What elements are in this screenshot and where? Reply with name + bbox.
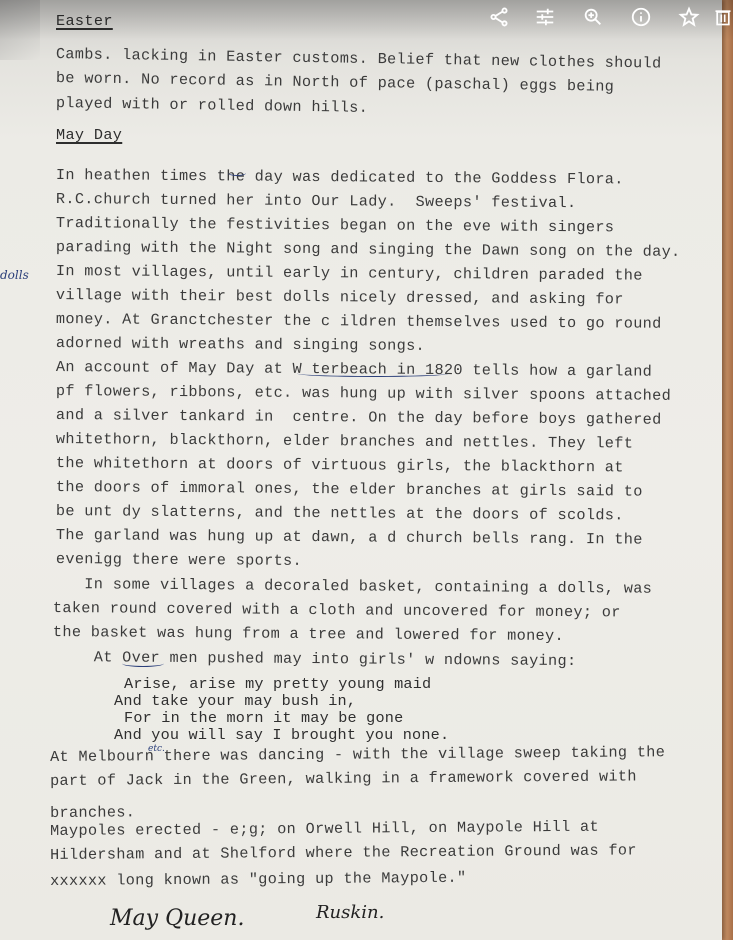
easter-line-2: be worn. No record as in North of pace (… [56,71,615,95]
delete-icon [713,6,733,28]
underline-waterbeach [297,370,449,377]
underline-over [122,660,164,667]
heading-may-day: May Day [56,128,122,143]
margin-note: dolls [0,268,29,282]
may-day-line: At Melbourn there was dancing - with the… [50,745,665,765]
may-day-line: and a silver tankard in centre. On the d… [56,408,662,428]
may-day-line: evenigg there were sports. [56,552,302,569]
heading-easter: Easter [56,14,113,29]
may-day-line: the basket was hung from a tree and lowe… [53,625,564,644]
may-day-line: Hildersham and at Shelford where the Rec… [50,843,637,863]
viewer-toolbar [475,0,733,34]
info-button[interactable] [617,0,665,34]
adjust-icon [534,6,556,28]
may-day-line: branches. [50,805,135,821]
verse-line: For in the morn it may be gone [124,711,403,726]
may-day-line: Traditionally the festivities began on t… [56,216,614,236]
melbourn-note: etc. [148,744,165,754]
easter-line-1: Cambs. lacking in Easter customs. Belief… [56,47,662,72]
may-day-line: In most villages, until early in century… [56,264,643,284]
document-page: Easter Cambs. lacking in Easter customs.… [0,0,722,940]
may-day-line: In heathen times the day was dedicated t… [56,168,624,188]
may-day-line: Maypoles erected - e;g; on Orwell Hill, … [50,820,599,840]
may-day-line: R.C.church turned her into Our Lady. Swe… [56,192,577,211]
may-day-line: parading with the Night song and singing… [56,240,681,260]
easter-line-3: played with or rolled down hills. [56,96,369,116]
may-day-line: The garland was hung up at dawn, a d chu… [56,528,643,548]
verse-line: And you will say I brought you none. [114,728,449,743]
may-day-line: the whitethorn at doors of virtuous girl… [56,456,624,476]
may-day-line: taken round covered with a cloth and unc… [53,601,621,621]
handwritten-ruskin: Ruskin. [316,902,384,923]
info-icon [630,6,652,28]
may-day-line: pf flowers, ribbons, etc. was hung up wi… [56,384,671,404]
zoom-button[interactable] [569,0,617,34]
verse-line: And take your may bush in, [114,694,356,709]
share-icon [488,6,510,28]
may-day-line: whitethorn, blackthorn, elder branches a… [56,432,633,452]
verse-line: Arise, arise my pretty young maid [124,677,431,692]
star-icon [678,6,700,28]
handwritten-may-queen: May Queen. [110,906,244,931]
may-day-line: money. At Granctchester the c ildren the… [56,312,662,332]
favourite-button[interactable] [665,0,713,34]
may-day-line: be unt dy slatterns, and the nettles at … [56,504,624,524]
underline-flora [228,170,246,176]
edit-button[interactable] [521,0,569,34]
zoom-in-icon [582,6,604,28]
share-button[interactable] [475,0,523,34]
may-day-line: In some villages a decoraled basket, con… [56,577,652,597]
may-day-line: part of Jack in the Green, walking in a … [50,769,637,789]
may-day-line: xxxxxx long known as "going up the Maypo… [50,871,467,889]
may-day-line: adorned with wreaths and singing songs. [56,336,425,354]
may-day-line: the doors of immoral ones, the elder bra… [56,480,643,500]
delete-button[interactable] [713,0,733,34]
may-day-line: village with their best dolls nicely dre… [56,288,624,308]
